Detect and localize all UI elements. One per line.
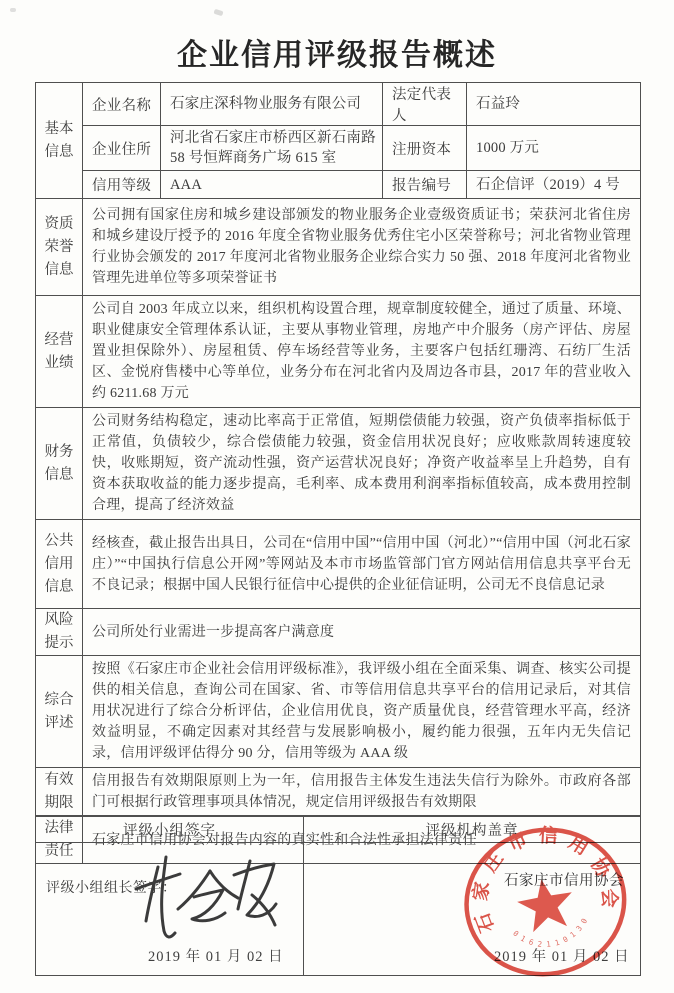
section-text-validity-period: 信用报告有效期限原则上为一年，信用报告主体发生违法失信行为除外。市政府各部门可根…: [83, 768, 641, 817]
handwritten-signature: [128, 849, 298, 945]
signature-group-header: 评级小组签字: [36, 816, 304, 843]
field-value-company-name: 石家庄深科物业服务有限公司: [161, 83, 383, 126]
section-text-business-performance: 公司自 2003 年成立以来，组织机构设置合理，规章制度较健全，通过了质量、环境…: [83, 296, 641, 408]
field-label-report-number: 报告编号: [383, 171, 467, 199]
stamp-date: 2019 年 01 月 02 日: [494, 945, 630, 966]
section-label-validity-period: 有效期限: [36, 768, 83, 817]
stamp-header: 评级机构盖章: [304, 816, 641, 843]
signature-table: 评级小组签字 评级机构盖章 评级小组组长签字：: [35, 815, 641, 976]
section-label-business-performance: 经营业绩: [36, 296, 83, 408]
page-title: 企业信用评级报告概述: [0, 30, 674, 74]
report-page: 企业信用评级报告概述 基本信息 企业名称 石家庄深科物业服务有限公司 法定代表人…: [0, 0, 674, 993]
organization-name-print: 石家庄市信用协会: [504, 869, 624, 890]
section-label-comprehensive-review: 综合评述: [36, 656, 83, 768]
stamp-cell: 石家庄市信用协会 2019 年 01 月 02 日: [304, 843, 641, 976]
field-label-company-address: 企业住所: [83, 126, 161, 171]
field-value-registered-capital: 1000 万元: [467, 126, 641, 171]
field-value-credit-rating: AAA: [161, 171, 383, 199]
section-text-comprehensive-review: 按照《石家庄市企业社会信用评级标准》，我评级小组在全面采集、调查、核实公司提供的…: [83, 656, 641, 768]
signature-cell: 评级小组组长签字： 2019 年 01 月 02 日: [36, 843, 304, 976]
section-text-qualification-honor: 公司拥有国家住房和城乡建设部颁发的物业服务企业壹级资质证书；荣获河北省住房和城乡…: [83, 199, 641, 296]
field-label-legal-representative: 法定代表人: [383, 83, 467, 126]
section-label-public-credit: 公共信用信息: [36, 520, 83, 609]
section-label-risk-notice: 风险提示: [36, 609, 83, 656]
field-value-company-address: 河北省石家庄市桥西区新石南路 58 号恒辉商务广场 615 室: [161, 126, 383, 171]
signature-date: 2019 年 01 月 02 日: [148, 945, 284, 966]
section-label-qualification-honor: 资质荣誉信息: [36, 199, 83, 296]
section-text-public-credit: 经核查，截止报告出具日，公司在“信用中国”“信用中国（河北）”“信用中国（河北石…: [83, 520, 641, 609]
section-label-basic-info: 基本信息: [36, 83, 83, 199]
scan-speck: [213, 9, 223, 17]
field-label-registered-capital: 注册资本: [383, 126, 467, 171]
field-value-legal-representative: 石益玲: [467, 83, 641, 126]
main-table: 基本信息 企业名称 石家庄深科物业服务有限公司 法定代表人 石益玲 企业住所 河…: [35, 82, 641, 864]
section-text-financial-info: 公司财务结构稳定，速动比率高于正常值，短期偿债能力较强，资产负债率指标低于正常值…: [83, 408, 641, 520]
field-label-company-name: 企业名称: [83, 83, 161, 126]
field-label-credit-rating: 信用等级: [83, 171, 161, 199]
field-value-report-number: 石企信评（2019）4 号: [467, 171, 641, 199]
section-label-financial-info: 财务信息: [36, 408, 83, 520]
section-text-risk-notice: 公司所处行业需进一步提高客户满意度: [83, 609, 641, 656]
scan-speck: [10, 8, 16, 12]
